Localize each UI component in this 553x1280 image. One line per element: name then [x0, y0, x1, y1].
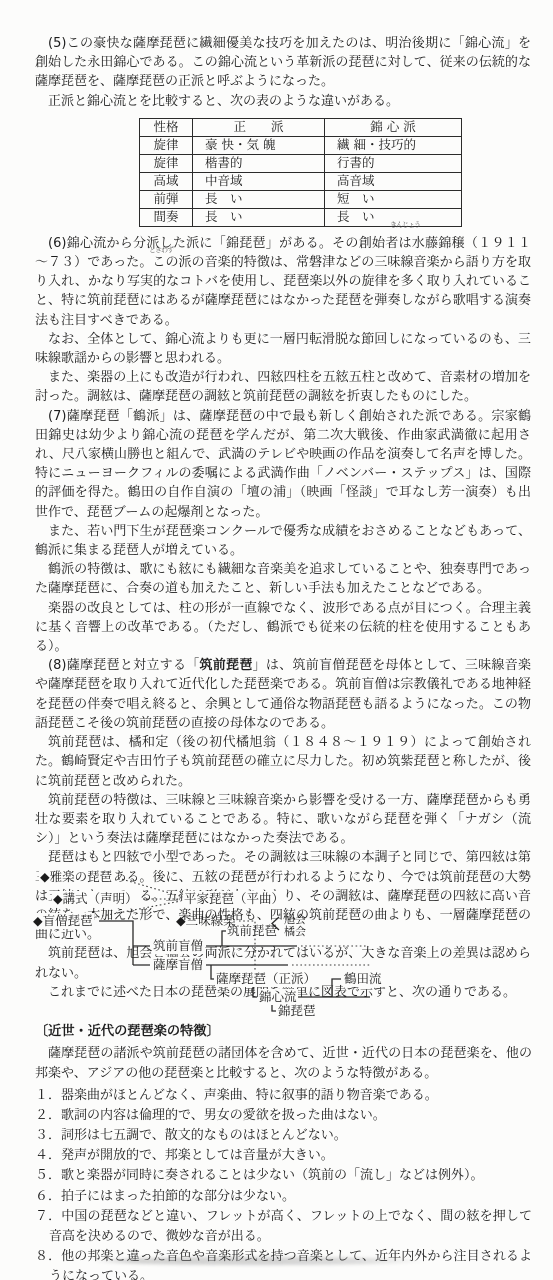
emphasis-chikuzen-biwa: 筑前琵琶: [200, 658, 253, 673]
paragraph-8-chikuzen-biwa: (8)薩摩琵琶と対立する「筑前琵琶」は、筑前盲僧琵琶を母体として、三味線音楽や薩…: [35, 656, 531, 733]
body-text-section: (5)この豪快な薩摩琵琶に繊細優美な技巧を加えたのは、明治後期に「錦心流」を創始…: [35, 34, 531, 1002]
table-header-cell: 錦 心 派: [325, 118, 462, 136]
scanned-document-page: (5)この豪快な薩摩琵琶に繊細優美な技巧を加えたのは、明治後期に「錦心流」を創始…: [0, 0, 553, 1280]
paragraph-7-kairyo: 楽器の改良としては、柱の形が一直線でなく、波形である点が目につく。合理主義に基く…: [35, 599, 531, 657]
diagram-node-moso-biwa: ◆盲僧琵琶: [32, 913, 94, 929]
diagram-node-heike-biwa: 平家琵琶（平曲）: [183, 891, 285, 907]
table-cell: 長 い: [193, 208, 325, 226]
paragraph-8-tokucho: 筑前琵琶の特徴は、三味線と三味線音楽から影響を受ける一方、薩摩琵琶からも勇壮な要…: [35, 791, 531, 849]
paragraph-segment: (8)薩摩琵琶と対立する「: [48, 658, 200, 673]
table-row: 高域 中音域 高音域: [140, 172, 462, 190]
diagram-node-tsuruta-ryu: 鶴田流: [343, 971, 383, 987]
table-row: 旋律 楷書的 行書的: [140, 154, 462, 172]
diagram-node-koshiki-shomyo: ◆講式（声明）: [52, 891, 139, 907]
table-cell: 中音域: [193, 172, 325, 190]
table-cell: 旋律: [140, 154, 193, 172]
table-row: 前弾 長 い 短 い: [140, 190, 462, 208]
paragraph-5-kinshin-ryu: (5)この豪快な薩摩琵琶に繊細優美な技巧を加えたのは、明治後期に「錦心流」を創始…: [35, 34, 531, 92]
feature-item-7: ７．中国の琵琶などと違い、フレットが高く、フレットの上でなく、間の絃を押して音高…: [35, 1207, 532, 1247]
diagram-node-gagaku-biwa: ◆雅楽の琵琶: [39, 869, 113, 885]
paragraph-6-mata: また、楽器の上にも改造が行われ、四絃四柱を五絃五柱と改めて、音素材の増加を討った…: [35, 368, 531, 406]
table-cell: 間奏: [140, 208, 193, 226]
table-cell: 高音域: [325, 172, 462, 190]
table-cell: 前弾: [140, 190, 193, 208]
features-section: 〔近世・近代の琵琶楽の特徴〕 薩摩琵琶の諸派や筑前琵琶の諸団体を含めて、近世・近…: [35, 1022, 532, 1280]
table-cell: 長 い: [193, 190, 325, 208]
feature-item-6: ６．拍子にはまった拍節的な部分は少ない。: [35, 1187, 532, 1207]
seiha-kinshinha-comparison-table: 性格 正 派 錦 心 派 旋律 豪 快・気 魄 繊 細・技巧的 旋律 楷書的 行…: [139, 118, 462, 227]
table-cell: 豪 快・気 魄: [193, 136, 325, 154]
diagram-node-chikuzen-moso: 筑前盲僧: [152, 938, 204, 954]
furigana-tokiwazu: ときわず: [149, 245, 173, 255]
table-row: 旋律 豪 快・気 魄 繊 細・技巧的: [140, 136, 462, 154]
paragraph-7-tsuruha: (7)薩摩琵琶「鶴派」は、薩摩琵琶の中で最も新しく創始された派である。宗家鶴田錦…: [35, 407, 531, 522]
feature-item-2: ２．歌詞の内容は倫理的で、男女の愛欲を扱った曲はない。: [35, 1106, 532, 1126]
paragraph-8-tachibana: 筑前琵琶は、橘和定（後の初代橘旭翁（１８４８～１９１９）によって創始された。鶴崎…: [35, 733, 531, 791]
paragraph-7-monkasei: また、若い門下生が琵琶楽コンクールで優秀な成績をおさめることなどもあって、鶴派に…: [35, 522, 531, 560]
table-header-cell: 正 派: [193, 118, 325, 136]
feature-item-5: ５．歌と楽器が同時に奏されることは少ない（筑前の「流し」などは例外）。: [35, 1166, 532, 1186]
table-cell: 短 い: [325, 190, 462, 208]
furigana-kinjo: きんじょう: [390, 220, 420, 230]
paragraph-table-intro: 正派と錦心流とを比較すると、次の表のような違いがある。: [35, 92, 531, 111]
biwa-lineage-diagram: ◆雅楽の琵琶 ◆講式（声明） 平家琵琶（平曲） ◆盲僧琵琶 ◆三味線楽 筑前琵琶…: [25, 866, 540, 1036]
paragraph-6-nao: なお、全体として、錦心流よりも更に一層円転滑脱な節回しになっているのも、三味線歌…: [35, 330, 531, 368]
table-cell: 繊 細・技巧的: [325, 136, 462, 154]
feature-item-3: ３．詞形は七五調で、散文的なものはほとんどない。: [35, 1126, 532, 1146]
table-cell: 楷書的: [193, 154, 325, 172]
diagram-node-satsuma-moso: 薩摩盲僧: [152, 957, 204, 973]
table-header-cell: 性格: [140, 118, 193, 136]
table-cell: 高域: [140, 172, 193, 190]
paragraph-7-tokucho: 鶴派の特徴は、歌にも絃にも繊細な音楽美を追求していることや、独奏専門であった薩摩…: [35, 560, 531, 598]
features-intro: 薩摩琵琶の諸派や筑前琵琶の諸団体を含めて、近世・近代の日本の琵琶楽を、他の邦楽や…: [35, 1044, 532, 1084]
diagram-node-chikuzen-biwa: 筑前琵琶: [226, 923, 278, 939]
scan-smudge-artifact: [92, 1257, 428, 1265]
diagram-node-nishiki-biwa: 錦琵琶: [277, 1003, 317, 1019]
table-cell: 行書的: [325, 154, 462, 172]
table-cell: 旋律: [140, 136, 193, 154]
diagram-node-satsuma-biwa-seiha: 薩摩琵琶（正派）: [215, 971, 317, 987]
table-header-row: 性格 正 派 錦 心 派: [140, 118, 462, 136]
features-heading: 〔近世・近代の琵琶楽の特徴〕: [35, 1022, 532, 1042]
diagram-node-tachibanakai: 橘会: [283, 926, 307, 938]
paragraph-6-nishiki-biwa: (6)錦心流から分派した派に「錦琵琶」がある。その創始者は水藤錦穣（１９１１～７…: [35, 234, 531, 330]
feature-item-4: ４．発声が開放的で、邦楽としては音量が大きい。: [35, 1146, 532, 1166]
feature-item-1: １．器楽曲がほとんどなく、声楽曲、特に叙事的語り物音楽である。: [35, 1086, 532, 1106]
